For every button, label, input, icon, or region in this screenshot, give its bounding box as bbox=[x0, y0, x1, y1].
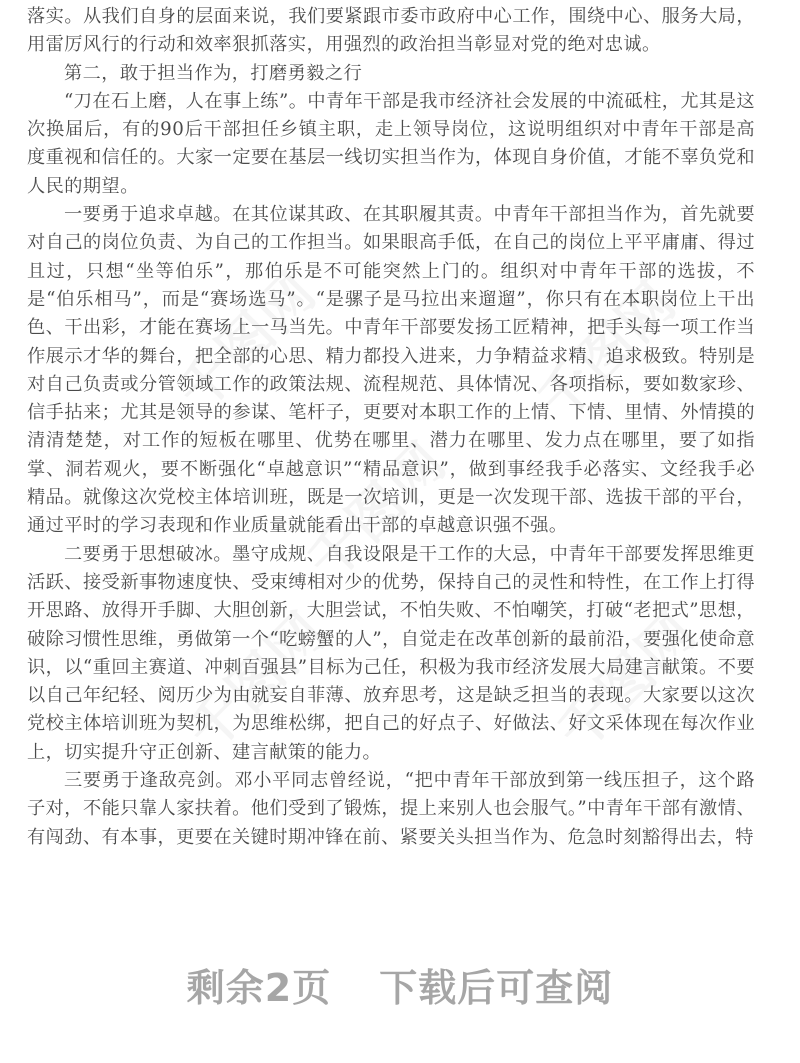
document-body: 落实。从我们自身的层面来说，我们要紧跟市委市政府中心工作，围绕中心、服务大局，用… bbox=[27, 3, 755, 852]
download-prompt[interactable]: 剩余2页下载后可查阅 bbox=[0, 957, 800, 1012]
section-heading: 第二，敢于担当作为，打磨勇毅之行 bbox=[27, 60, 755, 88]
document-page: 千图网 千图网 千图网 千图网 千图网 落实。从我们自身的层面来说，我们要紧跟市… bbox=[0, 0, 800, 1063]
paragraph: “刀在石上磨，人在事上练”。中青年干部是我市经济社会发展的中流砥柱，尤其是这次换… bbox=[27, 88, 755, 201]
paragraph: 三要勇于逢敌亮剑。邓小平同志曾经说，“把中青年干部放到第一线压担子，这个路子对，… bbox=[27, 767, 755, 852]
paragraph: 二要勇于思想破冰。墨守成规、自我设限是干工作的大忌，中青年干部要发挥思维更活跃、… bbox=[27, 541, 755, 767]
remaining-pages-label: 剩余2页 bbox=[187, 966, 331, 1010]
download-hint-label: 下载后可查阅 bbox=[379, 966, 613, 1010]
paragraph: 一要勇于追求卓越。在其位谋其政、在其职履其责。中青年干部担当作为，首先就要对自己… bbox=[27, 201, 755, 541]
paragraph-continuation: 落实。从我们自身的层面来说，我们要紧跟市委市政府中心工作，围绕中心、服务大局，用… bbox=[27, 3, 755, 60]
